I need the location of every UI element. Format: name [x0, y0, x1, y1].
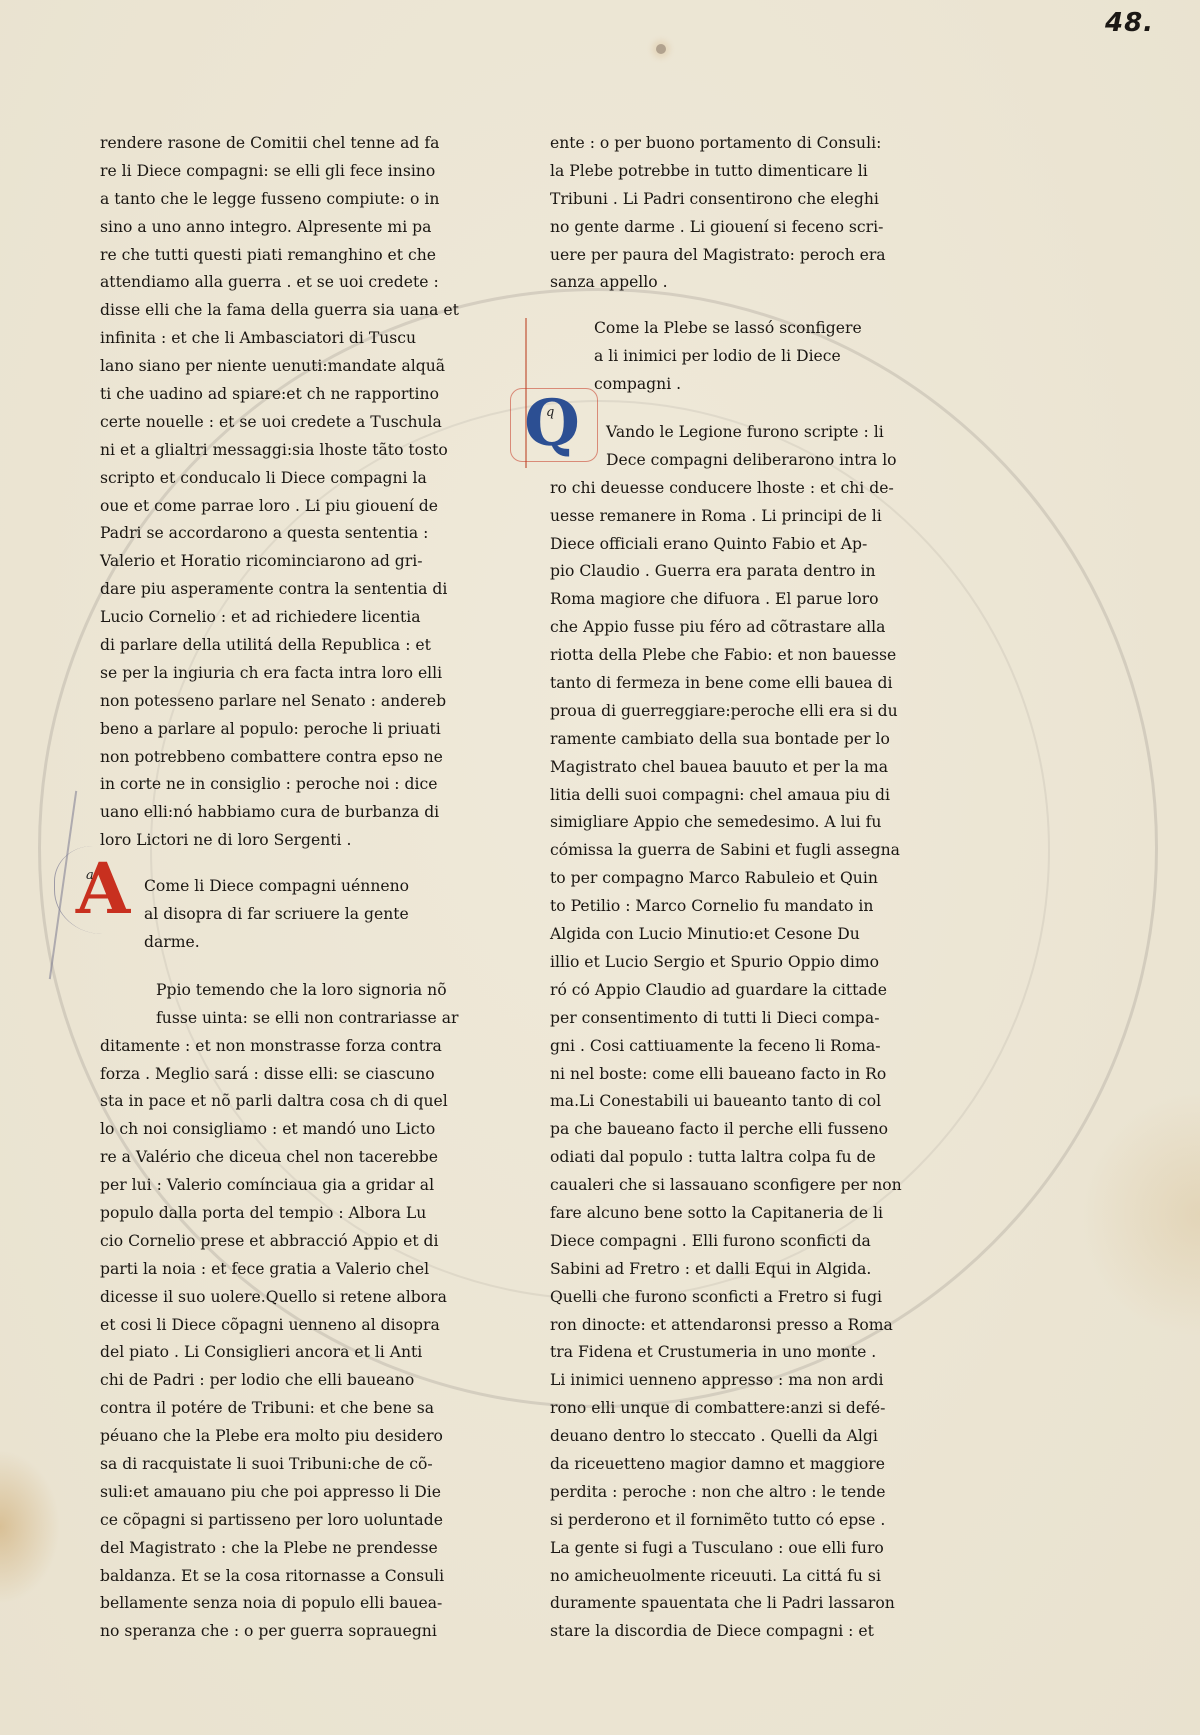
text-line: in corte ne in consiglio : peroche noi :…	[100, 771, 460, 799]
right-para2: ro chi deuesse conducere lhoste : et chi…	[550, 475, 910, 1646]
left-para2-opening: Ppio temendo che la loro signoria nõfuss…	[100, 977, 460, 1033]
text-line: Algida con Lucio Minutio:et Cesone Du	[550, 921, 910, 949]
text-line: dare piu asperamente contra la sententia…	[100, 576, 460, 604]
text-line: Dece compagni deliberarono intra lo	[606, 447, 910, 475]
text-line: uano elli:nó habbiamo cura de burbanza d…	[100, 799, 460, 827]
text-line: rono elli unque di combattere:anzi si de…	[550, 1395, 910, 1423]
illuminated-initial-a: A	[68, 850, 138, 928]
spacer	[100, 855, 460, 873]
text-line: no gente darme . Li giouení si feceno sc…	[550, 214, 910, 242]
text-line: tra Fidena et Crustumeria in uno monte .	[550, 1339, 910, 1367]
spacer	[100, 957, 460, 977]
text-line: ente : o per buono portamento di Consuli…	[550, 130, 910, 158]
text-line: La gente si fugi a Tusculano : oue elli …	[550, 1535, 910, 1563]
text-line: chi de Padri : per lodio che elli bauean…	[100, 1367, 460, 1395]
text-line: bellamente senza noia di populo elli bau…	[100, 1590, 460, 1618]
text-line: to per compagno Marco Rabuleio et Quin	[550, 865, 910, 893]
text-line: che Appio fusse piu féro ad cõtrastare a…	[550, 614, 910, 642]
text-line: Come li Diece compagni uénneno	[144, 873, 460, 901]
text-line: ró có Appio Claudio ad guardare la citta…	[550, 977, 910, 1005]
spacer	[550, 399, 910, 419]
text-line: ti che uadino ad spiare:et ch ne rapport…	[100, 381, 460, 409]
text-line: pio Claudio . Guerra era parata dentro i…	[550, 558, 910, 586]
text-line: del piato . Li Consiglieri ancora et li …	[100, 1339, 460, 1367]
text-line: Li inimici uenneno appresso : ma non ard…	[550, 1367, 910, 1395]
text-line: ro chi deuesse conducere lhoste : et chi…	[550, 475, 910, 503]
text-line: ce cõpagni si partisseno per loro uolunt…	[100, 1507, 460, 1535]
text-line: baldanza. Et se la cosa ritornasse a Con…	[100, 1563, 460, 1591]
text-line: perdita : peroche : non che altro : le t…	[550, 1479, 910, 1507]
text-line: sta in pace et nõ parli daltra cosa ch d…	[100, 1088, 460, 1116]
text-line: se per la ingiuria ch era facta intra lo…	[100, 660, 460, 688]
text-line: litia delli suoi compagni: chel amaua pi…	[550, 782, 910, 810]
left-para1: rendere rasone de Comitii chel tenne ad …	[100, 130, 460, 855]
text-line: dicesse il suo uolere.Quello si retene a…	[100, 1284, 460, 1312]
text-line: lano siano per niente uenuti:mandate alq…	[100, 353, 460, 381]
text-line: Diece officiali erano Quinto Fabio et Ap…	[550, 531, 910, 559]
text-line: uere per paura del Magistrato: peroch er…	[550, 242, 910, 270]
book-page: 48. rendere rasone de Comitii chel tenne…	[0, 0, 1200, 1735]
text-line: Tribuni . Li Padri consentirono che eleg…	[550, 186, 910, 214]
text-line: re a Valério che diceua chel non tacereb…	[100, 1144, 460, 1172]
text-line: forza . Meglio sará : disse elli: se cia…	[100, 1061, 460, 1089]
text-line: oue et come parrae loro . Li piu giouení…	[100, 493, 460, 521]
illuminated-initial-q: Q	[520, 392, 584, 456]
text-line: contra il potére de Tribuni: et che bene…	[100, 1395, 460, 1423]
text-line: Sabini ad Fretro : et dalli Equi in Algi…	[550, 1256, 910, 1284]
left-rubric: Come li Diece compagni uénnenoal disopra…	[144, 873, 460, 957]
text-line: di parlare della utilitá della Republica…	[100, 632, 460, 660]
text-line: no amicheuolmente riceuuti. La cittá fu …	[550, 1563, 910, 1591]
right-rubric: Come la Plebe se lassó sconfigerea li in…	[594, 315, 910, 399]
text-line: Quelli che furono sconficti a Fretro si …	[550, 1284, 910, 1312]
text-line: illio et Lucio Sergio et Spurio Oppio di…	[550, 949, 910, 977]
text-line: re che tutti questi piati remanghino et …	[100, 242, 460, 270]
pinhole-mark	[656, 44, 666, 54]
text-line: a li inimici per lodio de li Diece	[594, 343, 910, 371]
text-line: la Plebe potrebbe in tutto dimenticare l…	[550, 158, 910, 186]
text-line: deuano dentro lo steccato . Quelli da Al…	[550, 1423, 910, 1451]
text-line: populo dalla porta del tempio : Albora L…	[100, 1200, 460, 1228]
text-line: gni . Cosi cattiuamente la feceno li Rom…	[550, 1033, 910, 1061]
text-line: Magistrato chel bauea bauuto et per la m…	[550, 754, 910, 782]
text-line: odiati dal populo : tutta laltra colpa f…	[550, 1144, 910, 1172]
text-line: no speranza che : o per guerra soprauegn…	[100, 1618, 460, 1646]
right-para2-opening: Vando le Legione furono scripte : liDece…	[550, 419, 910, 475]
text-line: ditamente : et non monstrasse forza cont…	[100, 1033, 460, 1061]
left-para2: ditamente : et non monstrasse forza cont…	[100, 1033, 460, 1647]
text-line: sa di racquistate li suoi Tribuni:che de…	[100, 1451, 460, 1479]
text-line: suli:et amauano piu che poi appresso li …	[100, 1479, 460, 1507]
text-line: si perderono et il fornimẽto tutto có ep…	[550, 1507, 910, 1535]
text-line: ramente cambiato della sua bontade per l…	[550, 726, 910, 754]
text-line: duramente spauentata che li Padri lassar…	[550, 1590, 910, 1618]
text-line: re li Diece compagni: se elli gli fece i…	[100, 158, 460, 186]
text-line: ni nel boste: come elli baueano facto in…	[550, 1061, 910, 1089]
text-line: stare la discordia de Diece compagni : e…	[550, 1618, 910, 1646]
text-line: darme.	[144, 929, 460, 957]
text-line: uesse remanere in Roma . Li principi de …	[550, 503, 910, 531]
text-line: proua di guerreggiare:peroche elli era s…	[550, 698, 910, 726]
text-line: fusse uinta: se elli non contrariasse ar	[156, 1005, 460, 1033]
text-line: Padri se accordarono a questa sententia …	[100, 520, 460, 548]
text-line: ni et a glialtri messaggi:sia lhoste tãt…	[100, 437, 460, 465]
text-line: Roma magiore che difuora . El parue loro	[550, 586, 910, 614]
text-line: Lucio Cornelio : et ad richiedere licent…	[100, 604, 460, 632]
text-line: per consentimento di tutti li Dieci comp…	[550, 1005, 910, 1033]
text-line: per lui : Valerio comínciaua gia a grida…	[100, 1172, 460, 1200]
text-line: to Petilio : Marco Cornelio fu mandato i…	[550, 893, 910, 921]
text-line: rendere rasone de Comitii chel tenne ad …	[100, 130, 460, 158]
text-line: lo ch noi consigliamo : et mandó uno Lic…	[100, 1116, 460, 1144]
text-line: ma.Li Conestabili ui baueanto tanto di c…	[550, 1088, 910, 1116]
left-column: rendere rasone de Comitii chel tenne ad …	[100, 130, 460, 1646]
text-line: infinita : et che li Ambasciatori di Tus…	[100, 325, 460, 353]
text-line: parti la noia : et fece gratia a Valerio…	[100, 1256, 460, 1284]
text-line: beno a parlare al populo: peroche li pri…	[100, 716, 460, 744]
right-column: ente : o per buono portamento di Consuli…	[550, 130, 910, 1646]
text-line: riotta della Plebe che Fabio: et non bau…	[550, 642, 910, 670]
text-line: a tanto che le legge fusseno compiute: o…	[100, 186, 460, 214]
text-line: disse elli che la fama della guerra sia …	[100, 297, 460, 325]
initial-flourish	[54, 846, 151, 934]
text-line: compagni .	[594, 371, 910, 399]
text-line: non potrebbeno combattere contra epso ne	[100, 744, 460, 772]
guide-letter: a	[86, 868, 94, 883]
text-line: Come la Plebe se lassó sconfigere	[594, 315, 910, 343]
spacer	[550, 297, 910, 315]
text-line: scripto et conducalo li Diece compagni l…	[100, 465, 460, 493]
text-line: attendiamo alla guerra . et se uoi crede…	[100, 269, 460, 297]
text-line: ron dinocte: et attendaronsi presso a Ro…	[550, 1312, 910, 1340]
text-line: fare alcuno bene sotto la Capitaneria de…	[550, 1200, 910, 1228]
text-line: tanto di fermeza in bene come elli bauea…	[550, 670, 910, 698]
text-line: Ppio temendo che la loro signoria nõ	[156, 977, 460, 1005]
folio-number: 48.	[1105, 8, 1154, 38]
right-para1: ente : o per buono portamento di Consuli…	[550, 130, 910, 297]
text-line: Valerio et Horatio ricominciarono ad gri…	[100, 548, 460, 576]
text-line: non potesseno parlare nel Senato : ander…	[100, 688, 460, 716]
text-line: simigliare Appio che semedesimo. A lui f…	[550, 809, 910, 837]
text-line: al disopra di far scriuere la gente	[144, 901, 460, 929]
text-line: cómissa la guerra de Sabini et fugli ass…	[550, 837, 910, 865]
text-line: pa che baueano facto il perche elli fuss…	[550, 1116, 910, 1144]
text-line: del Magistrato : che la Plebe ne prendes…	[100, 1535, 460, 1563]
text-line: Vando le Legione furono scripte : li	[606, 419, 910, 447]
text-line: loro Lictori ne di loro Sergenti .	[100, 827, 460, 855]
text-line: sanza appello .	[550, 269, 910, 297]
text-line: cio Cornelio prese et abbracció Appio et…	[100, 1228, 460, 1256]
text-line: sino a uno anno integro. Alpresente mi p…	[100, 214, 460, 242]
text-line: da riceuetteno magior damno et maggiore	[550, 1451, 910, 1479]
text-line: Diece compagni . Elli furono sconficti d…	[550, 1228, 910, 1256]
text-line: et cosi li Diece cõpagni uenneno al diso…	[100, 1312, 460, 1340]
text-line: certe nouelle : et se uoi credete a Tusc…	[100, 409, 460, 437]
text-line: péuano che la Plebe era molto piu deside…	[100, 1423, 460, 1451]
guide-letter: q	[546, 405, 554, 420]
initial-flourish	[510, 388, 598, 462]
text-line: caualeri che si lassauano sconfigere per…	[550, 1172, 910, 1200]
